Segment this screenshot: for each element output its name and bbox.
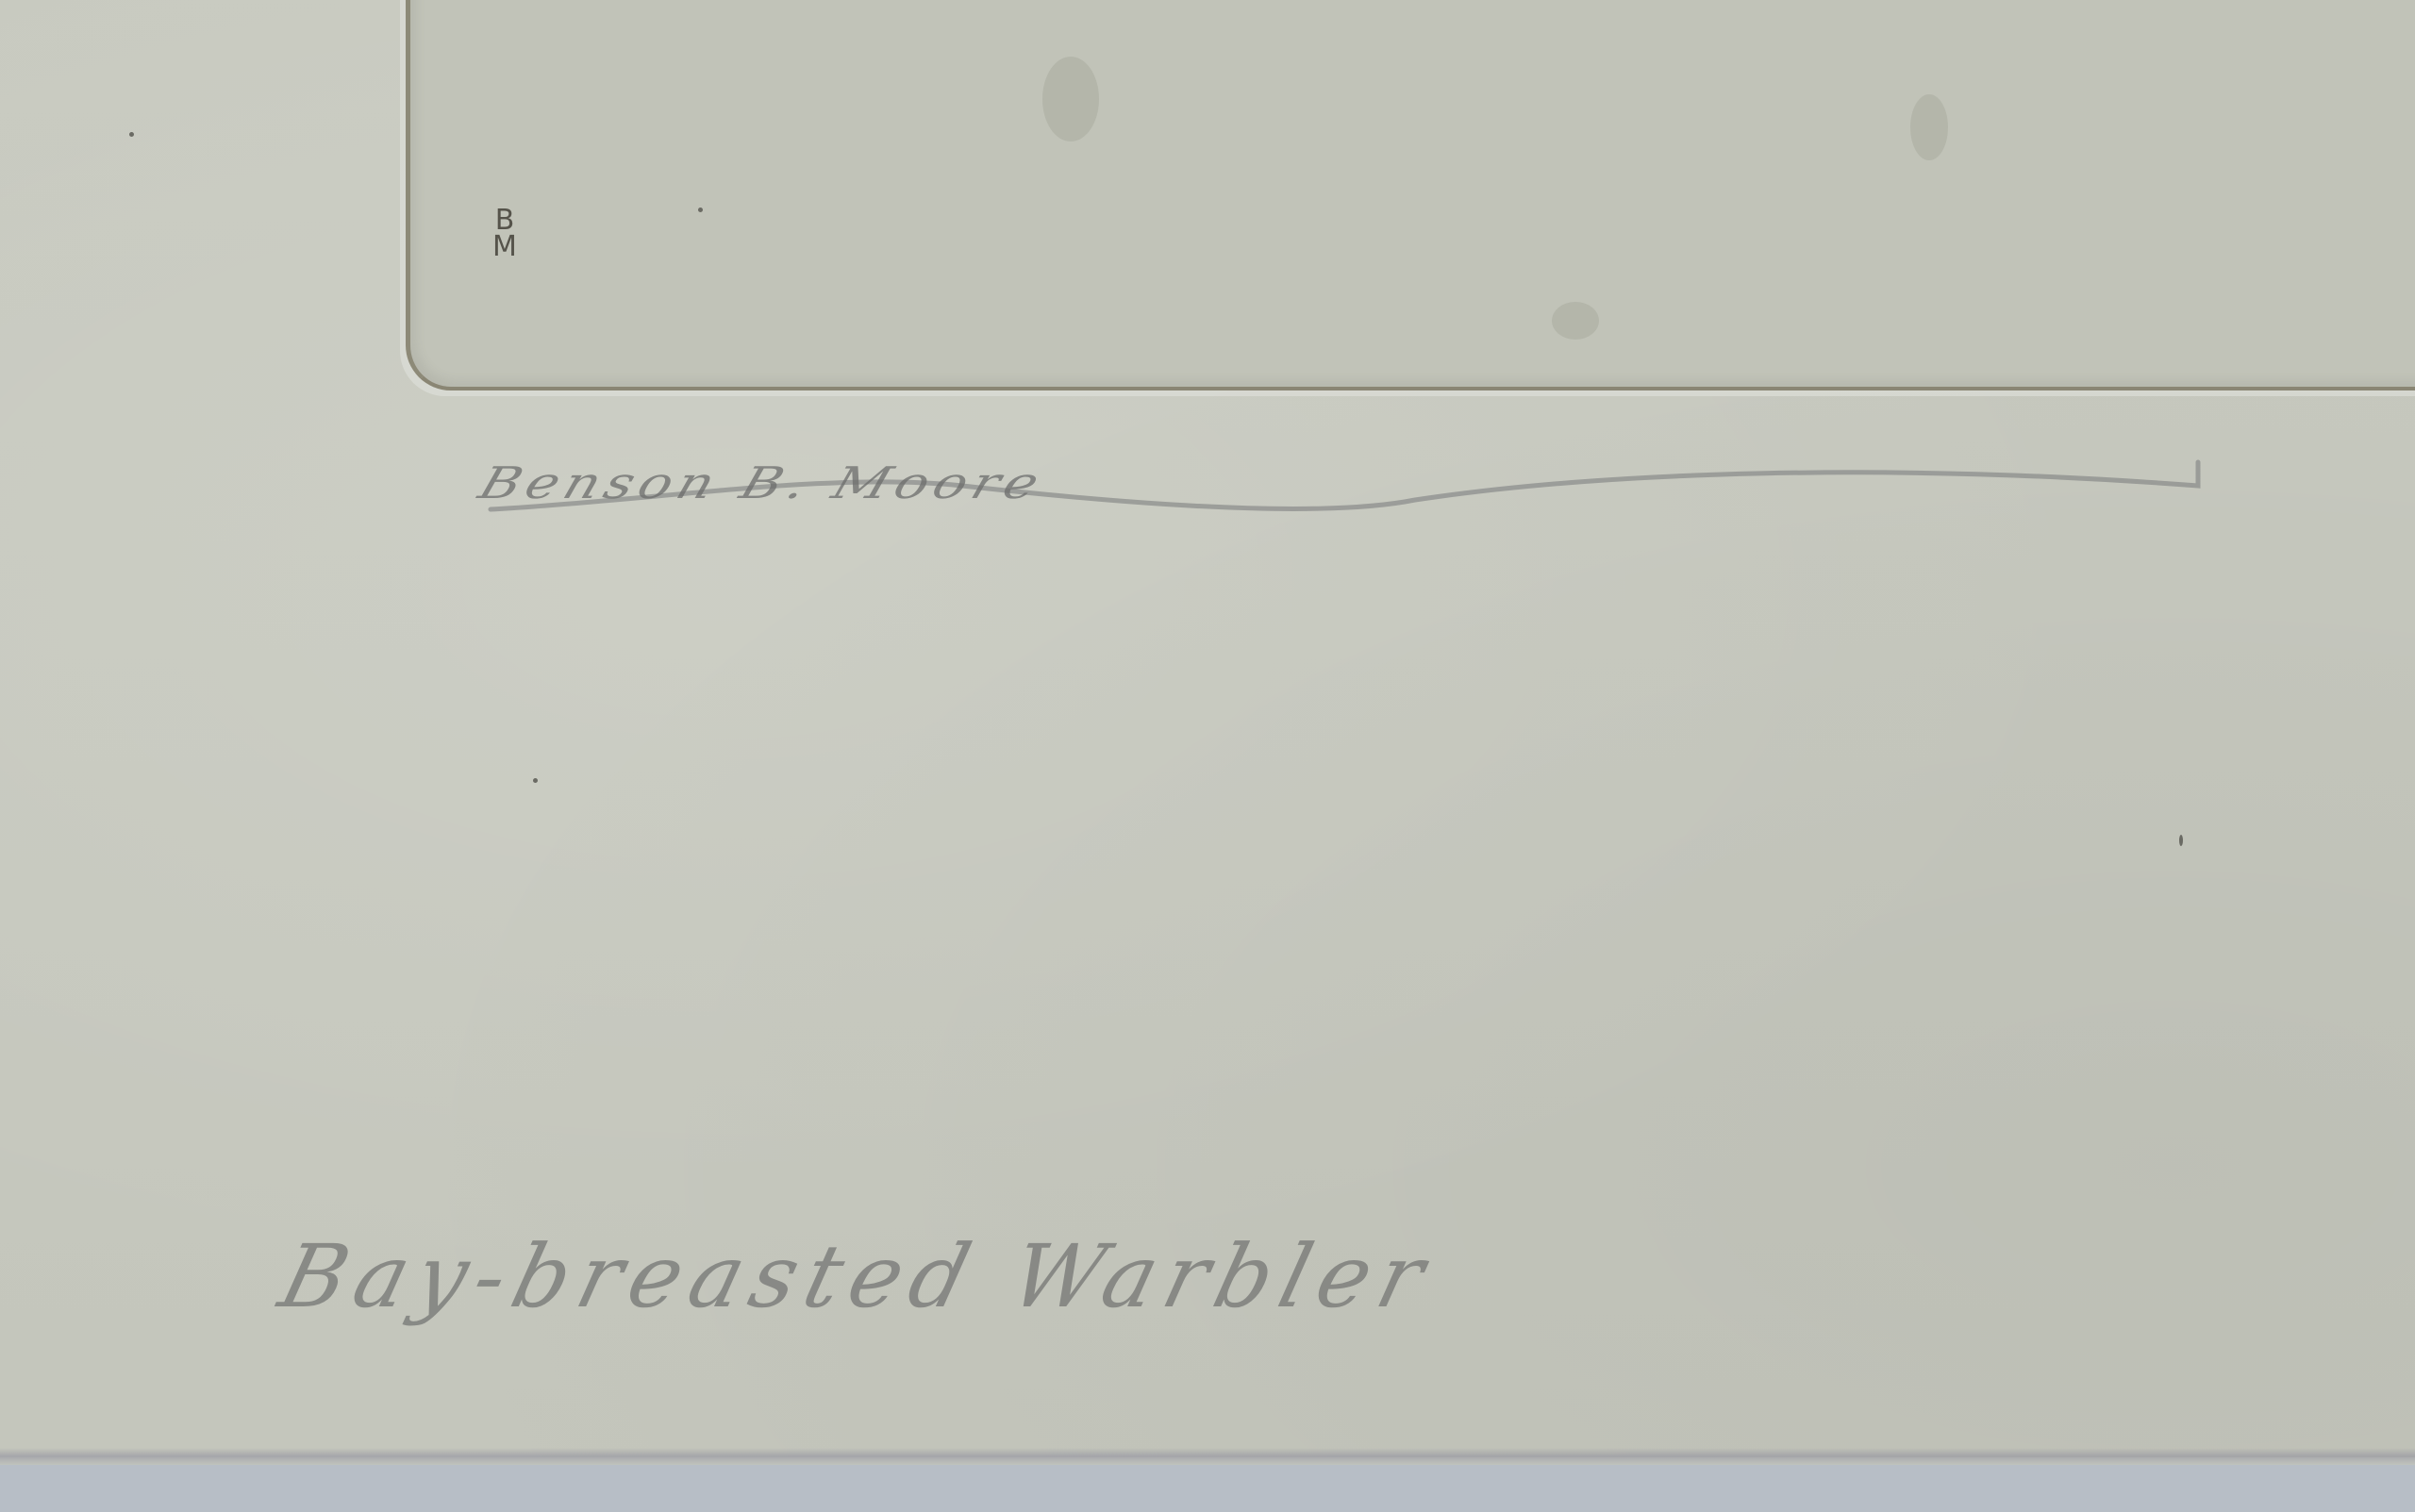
plate-smudge (1042, 57, 1099, 141)
paper-speck (698, 208, 703, 212)
plate-smudge (1910, 94, 1948, 160)
monogram-letter: M (486, 234, 524, 260)
artist-signature: Benson B. Moore (473, 457, 1051, 508)
paper-edge-shadow (0, 1448, 2415, 1465)
backing-mat (0, 1465, 2415, 1512)
paper-sheet: B M Benson B. Moore Bay-breasted Warbler (0, 0, 2415, 1457)
pencil-signature: Benson B. Moore (472, 434, 2226, 538)
paper-speck (129, 132, 134, 137)
etching-plate-area: B M (406, 0, 2415, 390)
pencil-title: Bay-breasted Warbler (264, 1198, 2000, 1387)
paper-speck (533, 778, 538, 783)
plate-smudge (1552, 302, 1599, 340)
paper-speck (2179, 835, 2183, 846)
artwork-title: Bay-breasted Warbler (271, 1226, 1443, 1327)
plate-monogram: B M (486, 208, 524, 260)
